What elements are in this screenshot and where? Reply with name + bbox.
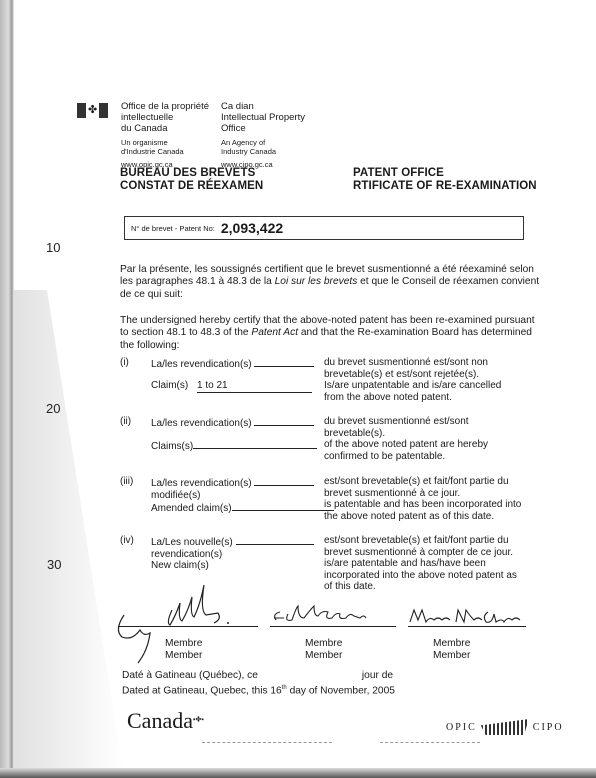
scan-edge-shadow — [0, 0, 14, 778]
item-ii-text: du brevet susmentionné est/sont brevetab… — [324, 416, 488, 462]
item-num-iii: (iii) — [120, 476, 133, 488]
member-label-2: Membre Member — [305, 638, 342, 662]
item-iv-text: est/sont brevetable(s) et fait/font part… — [324, 535, 517, 593]
item-i-fr-label: La/les revendication(s) — [151, 357, 314, 371]
item-iv-fr-text-2: brevet susmentionné à compter de ce jour… — [324, 547, 517, 559]
item-iv-en-text-2: incorporated into the above noted patent… — [324, 570, 517, 582]
item-i-en-text-2: from the above noted patent. — [324, 392, 501, 404]
member-1-fr: Membre — [165, 638, 202, 650]
item-iv-en-text-3: of this date. — [324, 581, 517, 593]
title-en-line2: RTIFICATE OF RE-EXAMINATION — [353, 180, 537, 193]
item-iv-fr-label: La/Les nouvelle(s) revendication(s) New … — [151, 535, 314, 572]
item-ii-fr-text-2: brevetable(s). — [324, 428, 488, 440]
org-name-fr-2: intellectuelle — [121, 112, 209, 123]
item-num-iv: (iv) — [120, 535, 134, 547]
canada-wordmark: Canada▪✤▪ — [127, 708, 204, 734]
date-fr: Daté à Gatineau (Québec), cejour de — [122, 670, 393, 682]
opic-cipo-logo: OPIC CIPO — [446, 719, 564, 735]
date-fr-part2: jour de — [362, 670, 393, 681]
item-i-text: du brevet susmentionné est/sont non brev… — [324, 357, 501, 403]
item-iii-text: est/sont brevetable(s) et fait/font part… — [324, 476, 521, 522]
item-i-fr-text-2: brevetable(s) et est/sont rejetée(s). — [324, 369, 501, 381]
item-iii-fr-text-1: est/sont brevetable(s) et fait/font part… — [324, 476, 521, 488]
item-iii-en-text-1: is patentable and has been incorporated … — [324, 499, 521, 511]
title-fr-line1: BUREAU DES BREVETS — [120, 167, 263, 180]
signature-line-2 — [270, 626, 396, 627]
member-label-1: Membre Member — [165, 638, 202, 662]
item-ii-en-label-text: Claims(s) — [151, 441, 193, 452]
item-ii-en-text-1: of the above noted patent are hereby — [324, 439, 488, 451]
scan-gradient — [14, 290, 124, 778]
org-name-fr-1: Office de la propriété — [121, 101, 209, 112]
item-iv-en-text-1: is/are patentable and has/have been — [324, 558, 517, 570]
item-ii-en-text-2: confirmed to be patentable. — [324, 451, 488, 463]
agency-fr-1: Un organisme — [121, 138, 209, 147]
line-number-10: 10 — [46, 240, 60, 255]
intro-en-act: Patent Act — [251, 327, 298, 338]
item-num-ii: (ii) — [120, 416, 131, 428]
canada-flag-small-icon: ▪✤▪ — [193, 717, 204, 724]
item-i-fr-label-text: La/les revendication(s) — [151, 359, 252, 370]
org-name-en-1: Ca dian — [221, 101, 305, 112]
item-i-en-label-text: Claim(s) — [151, 380, 188, 391]
item-iii-fr-label: La/les revendication(s) modifiée(s) Amen… — [151, 476, 334, 515]
item-iv-fr-label-2: revendication(s) — [151, 549, 314, 561]
footer-dash-1 — [202, 742, 332, 743]
member-3-en: Member — [433, 650, 470, 662]
title-en-line1: PATENT OFFICE — [353, 167, 537, 180]
date-fr-part1: Daté à Gatineau (Québec), ce — [122, 670, 258, 681]
item-ii-en-blank — [193, 439, 317, 449]
title-fr: BUREAU DES BREVETS CONSTAT DE RÉEXAMEN — [120, 167, 263, 193]
org-name-fr-3: du Canada — [121, 123, 209, 134]
member-2-en: Member — [305, 650, 342, 662]
intro-paragraph-en: The undersigned hereby certify that the … — [120, 315, 545, 352]
item-iii-en-label-text: Amended claim(s) — [151, 503, 232, 514]
item-num-i: (i) — [120, 357, 129, 369]
item-iii-fr-label-2: modifiée(s) — [151, 490, 334, 502]
item-iv-fr-label-text: La/Les nouvelle(s) — [151, 537, 233, 548]
item-iii-fr-text-2: brevet susmentionné à ce jour. — [324, 488, 521, 500]
line-number-30: 30 — [47, 557, 61, 572]
date-en-part2: day of November, 2005 — [287, 685, 395, 696]
item-iii-en-text-2: the above noted patent as of this date. — [324, 511, 521, 523]
signature-line-3 — [408, 626, 526, 627]
opic-label: OPIC — [446, 722, 477, 733]
line-number-20: 20 — [46, 401, 60, 416]
item-iii-fr-blank — [254, 476, 314, 486]
item-iv-fr-blank — [236, 535, 314, 545]
patent-number: 2,093,422 — [221, 220, 283, 236]
org-name-en-3: Office — [221, 123, 305, 134]
item-iv-fr-text-1: est/sont brevetable(s) et fait/font part… — [324, 535, 517, 547]
org-name-en-2: Intellectual Property — [221, 112, 305, 123]
item-ii-fr-label-text: La/les revendication(s) — [151, 418, 252, 429]
item-ii-fr-blank — [254, 416, 314, 426]
signature-line-1 — [118, 626, 258, 627]
item-iii-en-blank — [232, 501, 334, 511]
title-fr-line2: CONSTAT DE RÉEXAMEN — [120, 180, 263, 193]
date-en: Dated at Gatineau, Quebec, this 16th day… — [122, 682, 395, 698]
date-en-part1: Dated at Gatineau, Quebec, this 16 — [122, 685, 282, 696]
agency-en-2: Industry Canada — [221, 147, 305, 156]
footer-dash-2 — [380, 742, 480, 743]
patent-number-label: N° de brevet - Patent No: — [131, 224, 215, 233]
canada-flag-icon: ✤ — [77, 103, 108, 118]
agency-en-1: An Agency of — [221, 138, 305, 147]
item-i-fr-text-1: du brevet susmentionné est/sont non — [324, 357, 501, 369]
header-right: Ca dian Intellectual Property Office An … — [221, 101, 305, 169]
item-ii-fr-label: La/les revendication(s) — [151, 416, 314, 430]
header-left: Office de la propriété intellectuelle du… — [121, 101, 209, 169]
intro-paragraph-fr: Par la présente, les soussignés certifie… — [120, 264, 540, 301]
cipo-label: CIPO — [533, 722, 564, 733]
item-ii-fr-text-1: du brevet susmentionné est/sont — [324, 416, 488, 428]
ship-icon — [481, 719, 529, 735]
item-ii-en-label: Claims(s) — [151, 439, 317, 453]
intro-fr-act: Loi sur les brevets — [275, 276, 358, 287]
member-2-fr: Membre — [305, 638, 342, 650]
member-label-3: Membre Member — [433, 638, 470, 662]
member-3-fr: Membre — [433, 638, 470, 650]
patent-number-box: N° de brevet - Patent No: 2,093,422 — [124, 216, 524, 240]
item-iv-en-label-text: New claim(s) — [151, 560, 314, 572]
item-i-claims-value: 1 to 21 — [197, 380, 228, 391]
title-en: PATENT OFFICE RTIFICATE OF RE-EXAMINATIO… — [353, 167, 537, 193]
item-iii-fr-label-text: La/les revendication(s) — [151, 478, 252, 489]
agency-fr-2: d'Industrie Canada — [121, 147, 209, 156]
item-i-en-text-1: Is/are unpatentable and is/are cancelled — [324, 380, 501, 392]
item-i-en-label: Claim(s) 1 to 21 — [151, 380, 312, 393]
member-1-en: Member — [165, 650, 202, 662]
scan-bottom-shadow — [0, 768, 596, 778]
item-i-fr-blank — [254, 357, 314, 367]
canada-wordmark-text: Canada — [127, 708, 193, 733]
